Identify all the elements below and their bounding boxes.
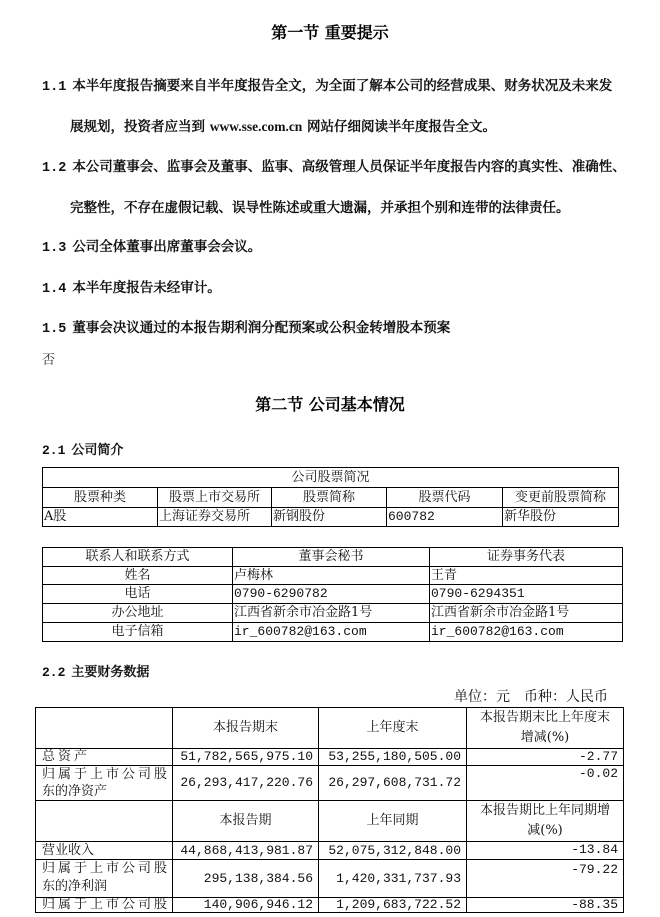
table-row: 归属于上市公司股 东的净资产 26,293,417,220.76 26,297,… <box>36 766 624 801</box>
row-label: 总资产 <box>36 749 173 766</box>
item-text: 本半年度报告未经审计。 <box>72 280 221 296</box>
change-percent: -88.35 <box>467 898 624 913</box>
subsection-label: 主要财务数据 <box>71 665 149 680</box>
secretary-address: 江西省新余市冶金路1号 <box>233 604 430 623</box>
representative-address: 江西省新余市冶金路1号 <box>430 604 623 623</box>
row-label: 办公地址 <box>43 604 233 623</box>
representative-phone: 0790-6294351 <box>430 585 623 604</box>
column-header: 本报告期末比上年度末 增减(%) <box>467 708 624 749</box>
subsection-label: 公司简介 <box>71 443 123 458</box>
current-value: 44,868,413,981.87 <box>173 842 319 860</box>
empty-header-cell <box>36 708 173 749</box>
table-header-row: 本报告期 上年同期 本报告期比上年同期增 减(%) <box>36 801 624 842</box>
table-row: 姓名 卢梅林 王青 <box>43 567 623 585</box>
prior-value: 26,297,608,731.72 <box>319 766 467 801</box>
column-header: 股票种类 <box>43 488 158 508</box>
table-row: 营业收入 44,868,413,981.87 52,075,312,848.00… <box>36 842 624 860</box>
table-row: 电话 0790-6290782 0790-6294351 <box>43 585 623 604</box>
item-1-1-line2: 展规划，投资者应当到 www.sse.com.cn 网站仔细阅读半年度报告全文。 <box>70 117 496 137</box>
label-line: 总资产 <box>42 749 169 764</box>
item-text: 董事会决议通过的本报告期利润分配预案或公积金转增股本预案 <box>72 320 450 336</box>
representative-email[interactable]: ir_600782@163.com <box>430 623 623 642</box>
current-value: 51,782,565,975.10 <box>173 749 319 766</box>
column-header: 董事会秘书 <box>233 548 430 567</box>
current-value: 26,293,417,220.76 <box>173 766 319 801</box>
prior-value: 1,420,331,737.93 <box>319 860 467 898</box>
table-row: 总资产 51,782,565,975.10 53,255,180,505.00 … <box>36 749 624 766</box>
financial-data-table: 本报告期末 上年度末 本报告期末比上年度末 增减(%) 总资产 51,782,5… <box>35 707 624 913</box>
item-text: 展规划，投资者应当到 <box>70 119 210 135</box>
column-header: 本报告期比上年同期增 减(%) <box>467 801 624 842</box>
item-number: 1.1 <box>42 80 66 95</box>
column-header: 上年同期 <box>319 801 467 842</box>
row-label: 营业收入 <box>36 842 173 860</box>
item-number: 1.4 <box>42 282 66 297</box>
column-header: 股票上市交易所 <box>158 488 272 508</box>
column-header: 本报告期 <box>173 801 319 842</box>
prior-value: 52,075,312,848.00 <box>319 842 467 860</box>
header-line: 增减(%) <box>470 728 620 748</box>
column-header: 联系人和联系方式 <box>43 548 233 567</box>
table-row: 归属于上市公司股 140,906,946.12 1,209,683,722.52… <box>36 898 624 913</box>
table-caption-row: 公司股票简况 <box>43 468 619 488</box>
header-line: 本报告期比上年同期增 <box>470 801 620 821</box>
stock-overview-table: 公司股票简况 股票种类 股票上市交易所 股票简称 股票代码 变更前股票简称 A股… <box>42 467 619 527</box>
table-row: A股 上海证券交易所 新钢股份 600782 新华股份 <box>43 508 619 527</box>
prior-value: 1,209,683,722.52 <box>319 898 467 913</box>
item-text: 本半年度报告摘要来自半年度报告全文，为全面了解本公司的经营成果、财务状况及未来发 <box>72 78 612 94</box>
former-name-cell: 新华股份 <box>503 508 619 527</box>
table-header-row: 股票种类 股票上市交易所 股票简称 股票代码 变更前股票简称 <box>43 488 619 508</box>
table-header-row: 本报告期末 上年度末 本报告期末比上年度末 增减(%) <box>36 708 624 749</box>
column-header: 本报告期末 <box>173 708 319 749</box>
representative-name: 王青 <box>430 567 623 585</box>
unit-currency-note: 单位：元 币种：人民币 <box>454 687 608 707</box>
current-value: 295,138,384.56 <box>173 860 319 898</box>
item-1-5: 1.5董事会决议通过的本报告期利润分配预案或公积金转增股本预案 <box>42 318 450 340</box>
change-percent: -2.77 <box>467 749 624 766</box>
document-page: 第一节 重要提示 1.1本半年度报告摘要来自半年度报告全文，为全面了解本公司的经… <box>0 0 660 917</box>
header-line: 本报告期末比上年度末 <box>470 708 620 728</box>
table-header-row: 联系人和联系方式 董事会秘书 证券事务代表 <box>43 548 623 567</box>
table-row: 归属于上市公司股 东的净利润 295,138,384.56 1,420,331,… <box>36 860 624 898</box>
item-number: 1.3 <box>42 241 66 256</box>
label-line: 营业收入 <box>42 842 169 859</box>
item-number: 1.5 <box>42 322 66 337</box>
table-caption: 公司股票简况 <box>43 468 619 488</box>
label-line: 归属于上市公司股 <box>42 898 169 912</box>
row-label: 电话 <box>43 585 233 604</box>
row-label: 姓名 <box>43 567 233 585</box>
column-header: 股票简称 <box>272 488 387 508</box>
item-text: 网站仔细阅读半年度报告全文。 <box>302 119 496 135</box>
column-header: 变更前股票简称 <box>503 488 619 508</box>
item-1-4: 1.4本半年度报告未经审计。 <box>42 278 221 300</box>
change-percent: -13.84 <box>467 842 624 860</box>
item-1-5-answer: 否 <box>42 351 55 371</box>
prior-value: 53,255,180,505.00 <box>319 749 467 766</box>
stock-name-cell: 新钢股份 <box>272 508 387 527</box>
item-1-2-line1: 1.2本公司董事会、监事会及董事、监事、高级管理人员保证半年度报告内容的真实性、… <box>42 157 626 179</box>
stock-code-cell: 600782 <box>387 508 503 527</box>
item-1-3: 1.3公司全体董事出席董事会会议。 <box>42 237 261 259</box>
label-line: 东的净资产 <box>42 783 169 800</box>
section1-title: 第一节 重要提示 <box>0 23 660 43</box>
table-row: 电子信箱 ir_600782@163.com ir_600782@163.com <box>43 623 623 642</box>
column-header: 上年度末 <box>319 708 467 749</box>
item-text: 本公司董事会、监事会及董事、监事、高级管理人员保证半年度报告内容的真实性、准确性… <box>72 159 626 175</box>
table-row: 办公地址 江西省新余市冶金路1号 江西省新余市冶金路1号 <box>43 604 623 623</box>
section2-title: 第二节 公司基本情况 <box>0 395 660 415</box>
subsection-2-2-heading: 2.2主要财务数据 <box>42 663 149 683</box>
item-1-1-line1: 1.1本半年度报告摘要来自半年度报告全文，为全面了解本公司的经营成果、财务状况及… <box>42 76 612 98</box>
label-line: 归属于上市公司股 <box>42 766 169 783</box>
row-label: 归属于上市公司股 东的净利润 <box>36 860 173 898</box>
website-link[interactable]: www.sse.com.cn <box>210 119 303 134</box>
contact-table: 联系人和联系方式 董事会秘书 证券事务代表 姓名 卢梅林 王青 电话 0790-… <box>42 547 623 642</box>
secretary-phone: 0790-6290782 <box>233 585 430 604</box>
subsection-number: 2.2 <box>42 665 65 680</box>
header-line: 减(%) <box>470 821 620 841</box>
label-line: 东的净利润 <box>42 878 169 896</box>
change-percent: -79.22 <box>467 860 624 898</box>
row-label: 电子信箱 <box>43 623 233 642</box>
item-number: 1.2 <box>42 161 66 176</box>
secretary-email[interactable]: ir_600782@163.com <box>233 623 430 642</box>
row-label: 归属于上市公司股 <box>36 898 173 913</box>
row-label: 归属于上市公司股 东的净资产 <box>36 766 173 801</box>
item-text: 公司全体董事出席董事会会议。 <box>72 239 261 255</box>
subsection-number: 2.1 <box>42 443 65 458</box>
label-line: 归属于上市公司股 <box>42 860 169 878</box>
empty-header-cell <box>36 801 173 842</box>
subsection-2-1-heading: 2.1公司简介 <box>42 441 123 461</box>
column-header: 股票代码 <box>387 488 503 508</box>
column-header: 证券事务代表 <box>430 548 623 567</box>
current-value: 140,906,946.12 <box>173 898 319 913</box>
item-1-2-line2: 完整性，不存在虚假记载、误导性陈述或重大遗漏，并承担个别和连带的法律责任。 <box>70 198 570 218</box>
item-text: 完整性，不存在虚假记载、误导性陈述或重大遗漏，并承担个别和连带的法律责任。 <box>70 200 570 216</box>
secretary-name: 卢梅林 <box>233 567 430 585</box>
stock-type-cell: A股 <box>43 508 158 527</box>
change-percent: -0.02 <box>467 766 624 801</box>
exchange-cell: 上海证券交易所 <box>158 508 272 527</box>
